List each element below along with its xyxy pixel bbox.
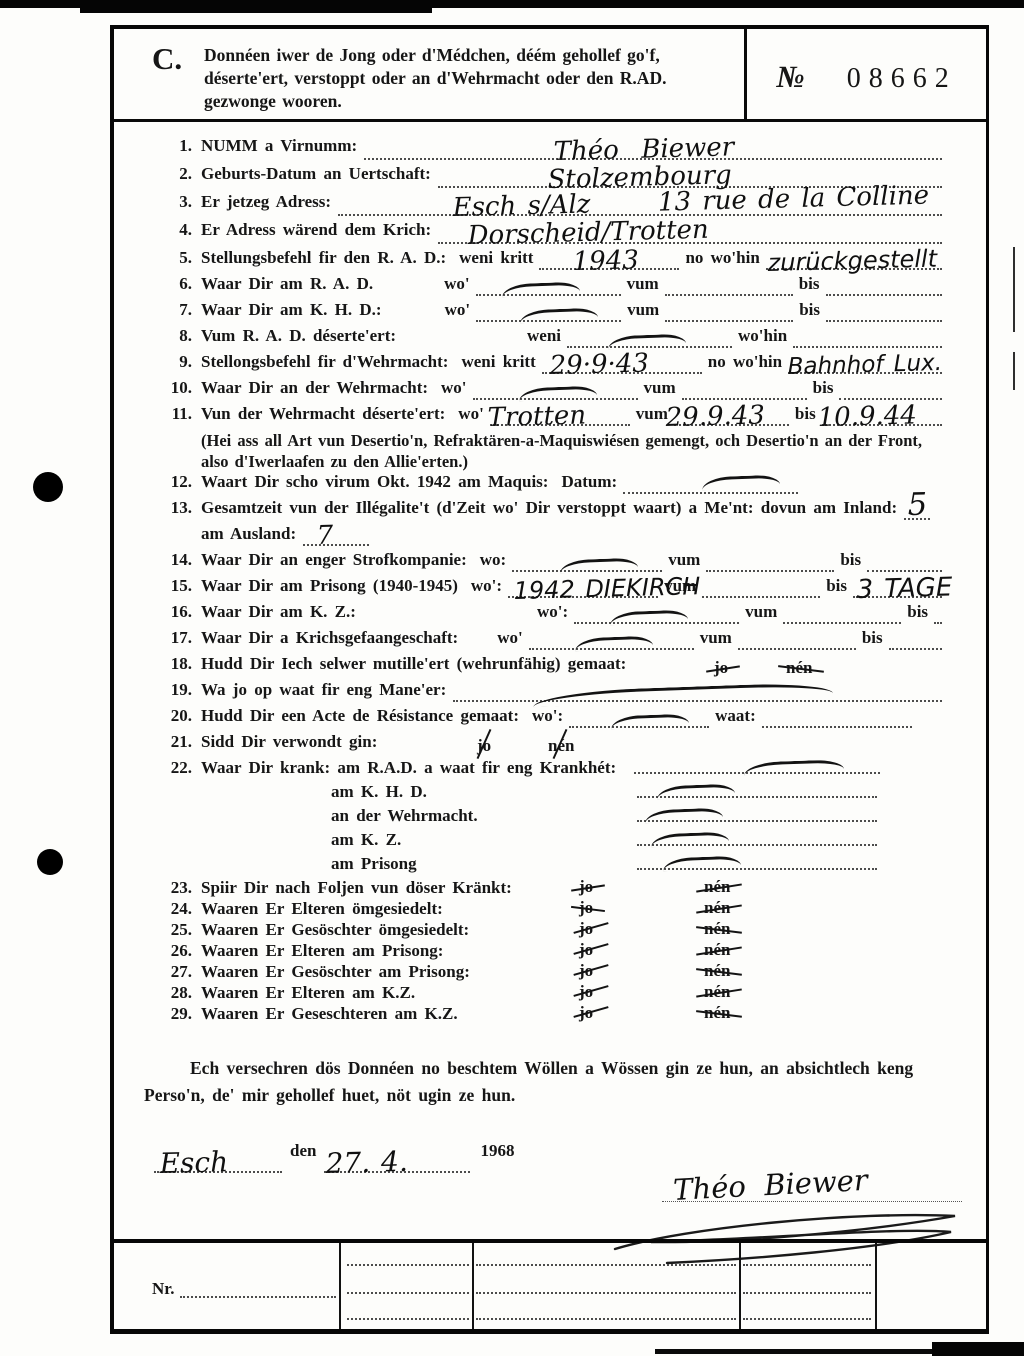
handwritten-place: Esch [159, 1148, 228, 1178]
item-label: Waart Dir scho virum Okt. 1942 am Maquis… [201, 472, 555, 492]
item-number: 4. [154, 220, 201, 240]
item-label: Waar Dir an der Wehrmacht: [201, 378, 435, 398]
handwritten-answer: 29·9·43 [549, 350, 649, 379]
item-number: 3. [154, 192, 201, 212]
form-header: C. Donnéen iwer de Jong oder d'Médchen, … [114, 29, 986, 122]
field-label: Datum: [555, 472, 623, 492]
answer-line [665, 282, 793, 296]
field-label: bis [820, 576, 853, 596]
item-number: 9. [154, 352, 201, 372]
answer-line [934, 610, 942, 624]
field-label: no wo'hin [679, 248, 765, 268]
item-label: Hudd Dir een Acte de Résistance gemaat: [201, 706, 526, 726]
form-item-29: 29. Waaren Er Geseschteren am K.Z. jo né… [114, 1004, 942, 1025]
handwritten-answer: 1943 [573, 247, 640, 275]
item-label: Waaren Er Elteren ömgesiedelt: [201, 899, 450, 919]
dotted-line [743, 1291, 871, 1294]
handwritten-date: 27. 4. [326, 1148, 409, 1178]
form-item-22-sub: am K. Z. [114, 830, 942, 854]
item-label: Er Adress wärend dem Krich: [201, 220, 438, 240]
dotted-line [743, 1263, 871, 1266]
form-item-6: 6. Waar Dir am R. A. D. wo' vum bis [114, 274, 942, 300]
answer-line [637, 784, 877, 798]
item-label: Stellongsbefehl fir d'Wehrmacht: [201, 352, 455, 372]
field-label: wo' [491, 628, 529, 648]
form-item-4: 4. Er Adress wärend dem Krich: Dorscheid… [114, 220, 942, 248]
place-date-line: Esch den 27. 4. 1968 [154, 1141, 524, 1177]
question-list: 1. NUMM a Virnumm: Théo Biewer 2. Geburt… [114, 122, 986, 1025]
field-label: wo' [435, 378, 473, 398]
nen-option: nén [704, 877, 730, 897]
item-label: Vun der Wehrmacht déserte'ert: [201, 404, 452, 424]
answer-line: 29·9·43 [542, 360, 702, 374]
answer-line: Bahnhof Lux. [788, 360, 942, 374]
answer-line [637, 808, 877, 822]
form-item-26: 26. Waaren Er Elteren am Prisong: jo nén [114, 941, 942, 962]
answer-line: 3 TAGE [853, 584, 942, 598]
jo-option: jo [579, 940, 593, 960]
nen-option: nén [786, 658, 812, 678]
field-label: bis [793, 274, 826, 294]
form-item-13: 13. Gesamtzeit vun der Illégalite't (d'Z… [114, 498, 942, 524]
item-label: Er jetzeg Adress: [201, 192, 338, 212]
form-item-20: 20. Hudd Dir een Acte de Résistance gema… [114, 706, 942, 732]
item-number: 8. [154, 326, 201, 346]
answer-line: 29.9.43 [674, 412, 789, 426]
field-label: waat: [709, 706, 762, 726]
item-number: 21. [154, 732, 201, 752]
pen-stroke [519, 308, 597, 324]
nen-option: nén [548, 736, 574, 756]
field-label: vum [694, 628, 738, 648]
form-item-7: 7. Waar Dir am K. H. D.: wo' vum bis [114, 300, 942, 326]
nen-option: nén [704, 940, 730, 960]
pen-stroke [519, 386, 597, 402]
item-number: 24. [154, 899, 201, 919]
pen-stroke [702, 475, 780, 491]
field-label: wo: [474, 550, 512, 570]
answer-line [889, 636, 942, 650]
answer-line: Esch s/Alz 13 rue de la Colline [338, 202, 942, 216]
answer-line: Dorscheid/Trotten [438, 230, 942, 244]
item-label: Hudd Dir Iech selwer mutille'ert (wehrun… [201, 654, 633, 674]
answer-line: 1942 DIEKIRCH [508, 584, 658, 598]
form-item-11: 11. Vun der Wehrmacht déserte'ert: wo' T… [114, 404, 942, 430]
handwritten-answer: Bahnhof Lux. [787, 352, 942, 379]
item-label: Waar Dir am K. Z.: [201, 602, 363, 622]
item-label: Waaren Er Gesöschter am Prisong: [201, 962, 477, 982]
item-number: 20. [154, 706, 201, 726]
answer-line [826, 308, 942, 322]
answer-line [512, 558, 662, 572]
item-number: 17. [154, 628, 201, 648]
item-label: Geburts-Datum an Uertschaft: [201, 164, 438, 184]
item-number: 11. [154, 404, 201, 424]
field-label: vum [662, 550, 706, 570]
footer-table: Nr. [110, 1239, 989, 1329]
date-line: 27. 4. [324, 1157, 470, 1173]
section-letter: C. [152, 41, 182, 77]
answer-line: 5 [904, 506, 930, 520]
answer-line [529, 636, 694, 650]
form-item-17: 17. Waar Dir a Krichsgefaangeschaft: wo'… [114, 628, 942, 654]
answer-line [783, 610, 901, 624]
answer-line [702, 584, 820, 598]
den-label: den [282, 1141, 324, 1161]
scan-artifact-top [80, 8, 432, 13]
handwritten-answer: 5 [907, 489, 928, 521]
form-item-22-sub: am K. H. D. [114, 782, 942, 806]
field-label: wo' [438, 274, 476, 294]
answer-line [839, 386, 942, 400]
signature-line: Théo Biewer [662, 1161, 962, 1202]
scan-artifact-bottom [932, 1342, 1024, 1356]
item-label: Waaren Er Elteren am Prisong: [201, 941, 450, 961]
item-number: 10. [154, 378, 201, 398]
dotted-line [476, 1317, 736, 1320]
form-item-22: 22. Waar Dir krank: am R.A.D. a waat fir… [114, 758, 942, 782]
pen-stroke [651, 832, 729, 848]
item-number: 12. [154, 472, 201, 492]
answer-line: 7 [303, 532, 369, 546]
sub-label: am K. Z. [331, 830, 401, 850]
page-edge-mark [1013, 247, 1015, 332]
field-label: wo': [526, 706, 569, 726]
form-item-28: 28. Waaren Er Elteren am K.Z. jo nén [114, 983, 942, 1004]
sub-label: am Prisong [331, 854, 417, 874]
form-border: C. Donnéen iwer de Jong oder d'Médchen, … [110, 25, 989, 1334]
jo-option: jo [579, 877, 593, 897]
item-number: 6. [154, 274, 201, 294]
jo-option: jo [579, 1003, 593, 1023]
item-label: Stellungsbefehl fir den R. A. D.: [201, 248, 453, 268]
field-label: bis [807, 378, 840, 398]
pen-stroke [575, 636, 653, 652]
pen-stroke [610, 610, 688, 626]
field-label: bis [901, 602, 934, 622]
dotted-line [347, 1291, 469, 1294]
form-item-9: 9. Stellongsbefehl fir d'Wehrmacht: weni… [114, 352, 942, 378]
field-label: weni kritt [455, 352, 541, 372]
pen-stroke [533, 682, 833, 707]
answer-line [738, 636, 856, 650]
item-label: Waaren Er Gesöschter ömgesiedelt: [201, 920, 476, 940]
signature: Théo Biewer [672, 1166, 868, 1205]
jo-option: jo [579, 919, 593, 939]
answer-line [762, 714, 912, 728]
form-item-22-sub: am Prisong [114, 854, 942, 878]
dotted-line [347, 1263, 469, 1266]
declaration-text: Ech versechren dös Donnéen no beschtem W… [144, 1055, 950, 1109]
punch-hole [33, 472, 63, 502]
answer-line [453, 688, 942, 702]
nen-option: nén [704, 898, 730, 918]
answer-line: Théo Biewer [364, 146, 942, 160]
answer-line [637, 832, 877, 846]
place-line: Esch [154, 1157, 282, 1173]
jo-option: jo [579, 898, 593, 918]
item-label: Gesamtzeit vun der Illégalite't (d'Zeit … [201, 498, 904, 518]
field-label: wo': [465, 576, 508, 596]
item-number: 7. [154, 300, 201, 320]
item-label: Spiir Dir nach Foljen vun döser Kränkt: [201, 878, 519, 898]
item-number: 18. [154, 654, 201, 674]
form-number-box: № 08662 [747, 59, 986, 95]
pen-stroke [657, 784, 735, 800]
pen-stroke [608, 334, 686, 350]
pen-stroke [663, 856, 741, 872]
item-number: 28. [154, 983, 201, 1003]
form-item-25: 25. Waaren Er Gesöschter ömgesiedelt: jo… [114, 920, 942, 941]
pen-stroke [560, 558, 638, 574]
dotted-line [476, 1263, 736, 1266]
handwritten-answer: 10.9.44 [817, 402, 917, 431]
item-label: NUMM a Virnumm: [201, 136, 364, 156]
field-label: no wo'hin [702, 352, 788, 372]
numero-symbol: № [776, 59, 804, 95]
item-number: 15. [154, 576, 201, 596]
year-label: 1968 [470, 1141, 524, 1161]
jo-option: jo [579, 961, 593, 981]
form-item-24: 24. Waaren Er Elteren ömgesiedelt: jo né… [114, 899, 942, 920]
field-label: wo'hin [732, 326, 793, 346]
form-item-3: 3. Er jetzeg Adress: Esch s/Alz 13 rue d… [114, 192, 942, 220]
field-label: wo': [531, 602, 574, 622]
form-item-14: 14. Waar Dir an enger Strofkompanie: wo:… [114, 550, 942, 576]
answer-line [706, 558, 834, 572]
answer-line [793, 334, 942, 348]
dotted-line [476, 1291, 736, 1294]
form-item-22-sub: an der Wehrmacht. [114, 806, 942, 830]
scan-artifact-top [0, 0, 1024, 8]
dotted-line [180, 1295, 336, 1298]
form-item-5: 5. Stellungsbefehl fir den R. A. D.: wen… [114, 248, 942, 274]
answer-line: 10.9.44 [822, 412, 942, 426]
answer-line: Trotten [490, 412, 630, 426]
answer-line: zurückgestellt [766, 256, 942, 270]
nr-label: Nr. [152, 1279, 175, 1299]
form-item-18: 18. Hudd Dir Iech selwer mutille'ert (we… [114, 654, 942, 680]
answer-line [567, 334, 732, 348]
answer-line [634, 760, 880, 774]
item-label: Waar Dir an enger Strofkompanie: [201, 550, 474, 570]
answer-line [682, 386, 807, 400]
form-item-27: 27. Waaren Er Gesöschter am Prisong: jo … [114, 962, 942, 983]
item-label: Waaren Er Elteren am K.Z. [201, 983, 422, 1003]
handwritten-answer: 3 TAGE [856, 575, 952, 603]
handwritten-answer: 1942 DIEKIRCH [513, 574, 700, 603]
field-label: vum [621, 274, 665, 294]
field-label: bis [793, 300, 826, 320]
answer-line [476, 308, 621, 322]
item-number: 19. [154, 680, 201, 700]
field-label: vum [739, 602, 783, 622]
item-note: (Hei ass all Art vun Desertio'n, Refrakt… [114, 430, 942, 472]
table-divider [875, 1243, 877, 1329]
form-item-19: 19. Wa jo op waat fir eng Mane'er: [114, 680, 942, 706]
pen-stroke [611, 714, 689, 730]
table-divider [739, 1243, 741, 1329]
field-label: bis [834, 550, 867, 570]
jo-option: jo [477, 736, 491, 756]
item-number: 23. [154, 878, 201, 898]
nen-option: nén [704, 919, 730, 939]
pen-stroke [645, 808, 723, 824]
item-label: Wa jo op waat fir eng Mane'er: [201, 680, 453, 700]
item-label: Sidd Dir verwondt gin: [201, 732, 384, 752]
item-label: Waaren Er Geseschteren am K.Z. [201, 1004, 465, 1024]
answer-line [665, 308, 793, 322]
handwritten-answer: zurückgestellt [767, 247, 937, 275]
item-label: am Ausland: [201, 524, 303, 544]
answer-line [569, 714, 709, 728]
form-item-10: 10. Waar Dir an der Wehrmacht: wo' vum b… [114, 378, 942, 404]
item-label: Waar Dir am R. A. D. [201, 274, 380, 294]
form-item-23: 23. Spiir Dir nach Foljen vun döser Krän… [114, 878, 942, 899]
answer-line: 1943 [539, 256, 679, 270]
field-label: weni [521, 326, 567, 346]
nen-option: nén [704, 1003, 730, 1023]
nen-option: nén [704, 961, 730, 981]
signature-block: Théo Biewer [662, 1161, 962, 1202]
form-item-12: 12. Waart Dir scho virum Okt. 1942 am Ma… [114, 472, 942, 498]
handwritten-answer: Trotten [487, 402, 586, 431]
item-label: Vum R. A. D. déserte'ert: [201, 326, 403, 346]
item-number: 29. [154, 1004, 201, 1024]
answer-line [574, 610, 739, 624]
jo-option: jo [579, 982, 593, 1002]
field-label: wo' [452, 404, 490, 424]
answer-line [623, 480, 798, 494]
item-label: Waar Dir am Prisong (1940-1945) [201, 576, 465, 596]
pen-stroke [501, 282, 579, 298]
table-divider [339, 1243, 341, 1329]
answer-line [476, 282, 621, 296]
answer-line [867, 558, 942, 572]
form-item-1: 1. NUMM a Virnumm: Théo Biewer [114, 136, 942, 164]
dotted-line [743, 1317, 871, 1320]
handwritten-answer: Dorscheid/Trotten [467, 217, 709, 249]
form-item-8: 8. Vum R. A. D. déserte'ert: weni wo'hin [114, 326, 942, 352]
answer-line [473, 386, 638, 400]
punch-hole [37, 849, 63, 875]
answer-line [637, 856, 877, 870]
field-label: vum [621, 300, 665, 320]
jo-option: jo [714, 658, 728, 678]
dotted-line [347, 1317, 469, 1320]
field-label: wo' [439, 300, 477, 320]
item-number: 27. [154, 962, 201, 982]
item-number: 16. [154, 602, 201, 622]
field-label: vum [638, 378, 682, 398]
item-number: 22. [154, 758, 201, 778]
item-label: Waar Dir krank: am R.A.D. a waat fir eng… [201, 758, 623, 778]
pen-stroke [744, 759, 844, 775]
item-number: 5. [154, 248, 201, 268]
nen-option: nén [704, 982, 730, 1002]
item-number: 13. [154, 498, 201, 518]
field-label: bis [856, 628, 889, 648]
form-number-value: 08662 [847, 63, 957, 95]
handwritten-answer: 7 [316, 523, 333, 549]
page-edge-mark [1013, 352, 1015, 390]
item-number: 2. [154, 164, 201, 184]
form-item-21: 21. Sidd Dir verwondt gin: jo nén [114, 732, 942, 758]
item-number: 25. [154, 920, 201, 940]
form-item-13b: am Ausland: 7 [114, 524, 942, 550]
handwritten-answer: 29.9.43 [665, 402, 765, 431]
item-number: 1. [154, 136, 201, 156]
item-label: Waar Dir a Krichsgefaangeschaft: [201, 628, 465, 648]
item-number: 26. [154, 941, 201, 961]
item-number: 14. [154, 550, 201, 570]
form-item-15: 15. Waar Dir am Prisong (1940-1945) wo':… [114, 576, 942, 602]
sub-label: am K. H. D. [331, 782, 427, 802]
form-item-16: 16. Waar Dir am K. Z.: wo': vum bis [114, 602, 942, 628]
table-divider [472, 1243, 474, 1329]
item-label: Waar Dir am K. H. D.: [201, 300, 389, 320]
field-label: weni kritt [453, 248, 539, 268]
sub-label: an der Wehrmacht. [331, 806, 478, 826]
answer-line [826, 282, 942, 296]
section-title: Donnéen iwer de Jong oder d'Médchen, déé… [204, 44, 740, 112]
